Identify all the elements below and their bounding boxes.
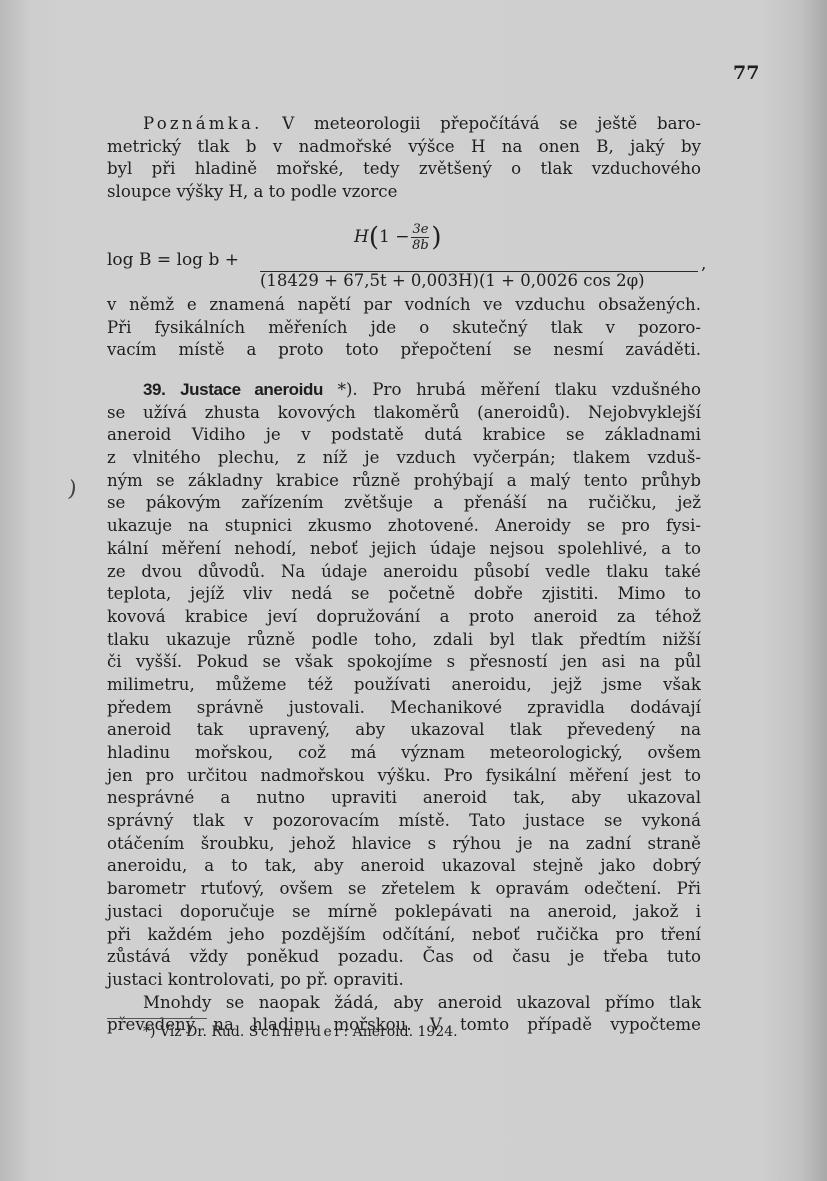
text-line: zůstává vždy poněkud pozadu. Čas od času… xyxy=(107,946,701,969)
text-line: aneroidu, a to tak, aby aneroid ukazoval… xyxy=(107,855,701,878)
note-paragraph: Poznámka. V meteorologii přepočítává se … xyxy=(107,113,701,204)
text-line: z vlnitého plechu, z níž je vzduch vyčer… xyxy=(107,447,701,470)
text-line: se pákovým zařízením zvětšuje a přenáší … xyxy=(107,492,701,515)
section-heading-line: 39. Justace aneroidu *). Pro hrubá měřen… xyxy=(107,379,701,402)
text-line: tlaku ukazuje různě podle toho, zdali by… xyxy=(107,629,701,652)
text-line: se užívá zhusta kovových tlakoměrů (aner… xyxy=(107,402,701,425)
text-line: justaci kontrolovati, po př. opraviti. xyxy=(107,969,701,992)
text-line: správný tlak v pozorovacím místě. Tato j… xyxy=(107,810,701,833)
text-line: otáčením šroubku, jehož hlavice s rýhou … xyxy=(107,833,701,856)
note-line: byl při hladině mořské, tedy zvětšený o … xyxy=(107,158,701,181)
text-line: ze dvou důvodů. Na údaje aneroidu působí… xyxy=(107,561,701,584)
footnote-divider xyxy=(107,1018,207,1019)
text-line: jen pro určitou nadmořskou výšku. Pro fy… xyxy=(107,765,701,788)
text-line: aneroid tak upravený, aby ukazoval tlak … xyxy=(107,719,701,742)
text-line: barometr rtuťový, ovšem se zřetelem k op… xyxy=(107,878,701,901)
section-title: Justace aneroidu xyxy=(180,380,323,399)
margin-bracket-mark: ) xyxy=(66,477,78,503)
text-line: justaci doporučuje se mírně poklepávati … xyxy=(107,901,701,924)
text-line: ukazuje na stupnici zkusmo zhotovené. An… xyxy=(107,515,701,538)
formula-explanation: v němž e znamená napětí par vodních ve v… xyxy=(107,294,701,362)
text-line: předem správně justovali. Mechanikové zp… xyxy=(107,697,701,720)
text-line: Mnohdy se naopak žádá, aby aneroid ukazo… xyxy=(107,992,701,1015)
formula-inner-fraction: 3e8b xyxy=(411,222,429,253)
text-line: nesprávné a nutno upraviti aneroid tak, … xyxy=(107,787,701,810)
footnote-reference[interactable]: *). xyxy=(338,380,358,399)
text-line: při každém jeho pozdějším odčítání, nebo… xyxy=(107,924,701,947)
text-line: ným se základny krabice různě prohýbají … xyxy=(107,470,701,493)
page-number: 77 xyxy=(733,62,759,84)
text-line: kovová krabice jeví dopružování a proto … xyxy=(107,606,701,629)
text-line: hladinu mořskou, což má význam meteorolo… xyxy=(107,742,701,765)
text-line: Při fysikálních měřeních jde o skutečný … xyxy=(107,317,701,340)
section-39: 39. Justace aneroidu *). Pro hrubá měřen… xyxy=(107,379,701,1037)
text-line: teplota, jejíž vliv nedá se početně dobř… xyxy=(107,583,701,606)
formula-lhs: log B = log b + xyxy=(107,250,239,270)
section-number: 39. xyxy=(143,380,165,399)
note-line: Poznámka. V meteorologii přepočítává se … xyxy=(107,113,701,136)
note-line: sloupce výšky H, a to podle vzorce xyxy=(107,181,701,204)
text-line: v němž e znamená napětí par vodních ve v… xyxy=(107,294,701,317)
text-line: aneroid Vidiho je v podstatě dutá krabic… xyxy=(107,424,701,447)
text-line: milimetru, můžeme též používati aneroidu… xyxy=(107,674,701,697)
text-line: vacím místě a proto toto přepočtení se n… xyxy=(107,339,701,362)
text-line: kální měření nehodí, neboť jejich údaje … xyxy=(107,538,701,561)
barometric-formula: log B = log b + H(1 −3e8b) (18429 + 67,5… xyxy=(107,222,707,292)
formula-numerator: H(1 −3e8b) xyxy=(354,222,442,253)
formula-denominator: (18429 + 67,5t + 0,003H)(1 + 0,0026 cos … xyxy=(260,271,645,290)
note-line: metrický tlak b v nadmořské výšce H na o… xyxy=(107,136,701,159)
text-line: či vyšší. Pokud se však spokojíme s přes… xyxy=(107,651,701,674)
footnote: *) Viz Dr. Rud. Schneider: Aneroid. 1924… xyxy=(143,1024,458,1040)
